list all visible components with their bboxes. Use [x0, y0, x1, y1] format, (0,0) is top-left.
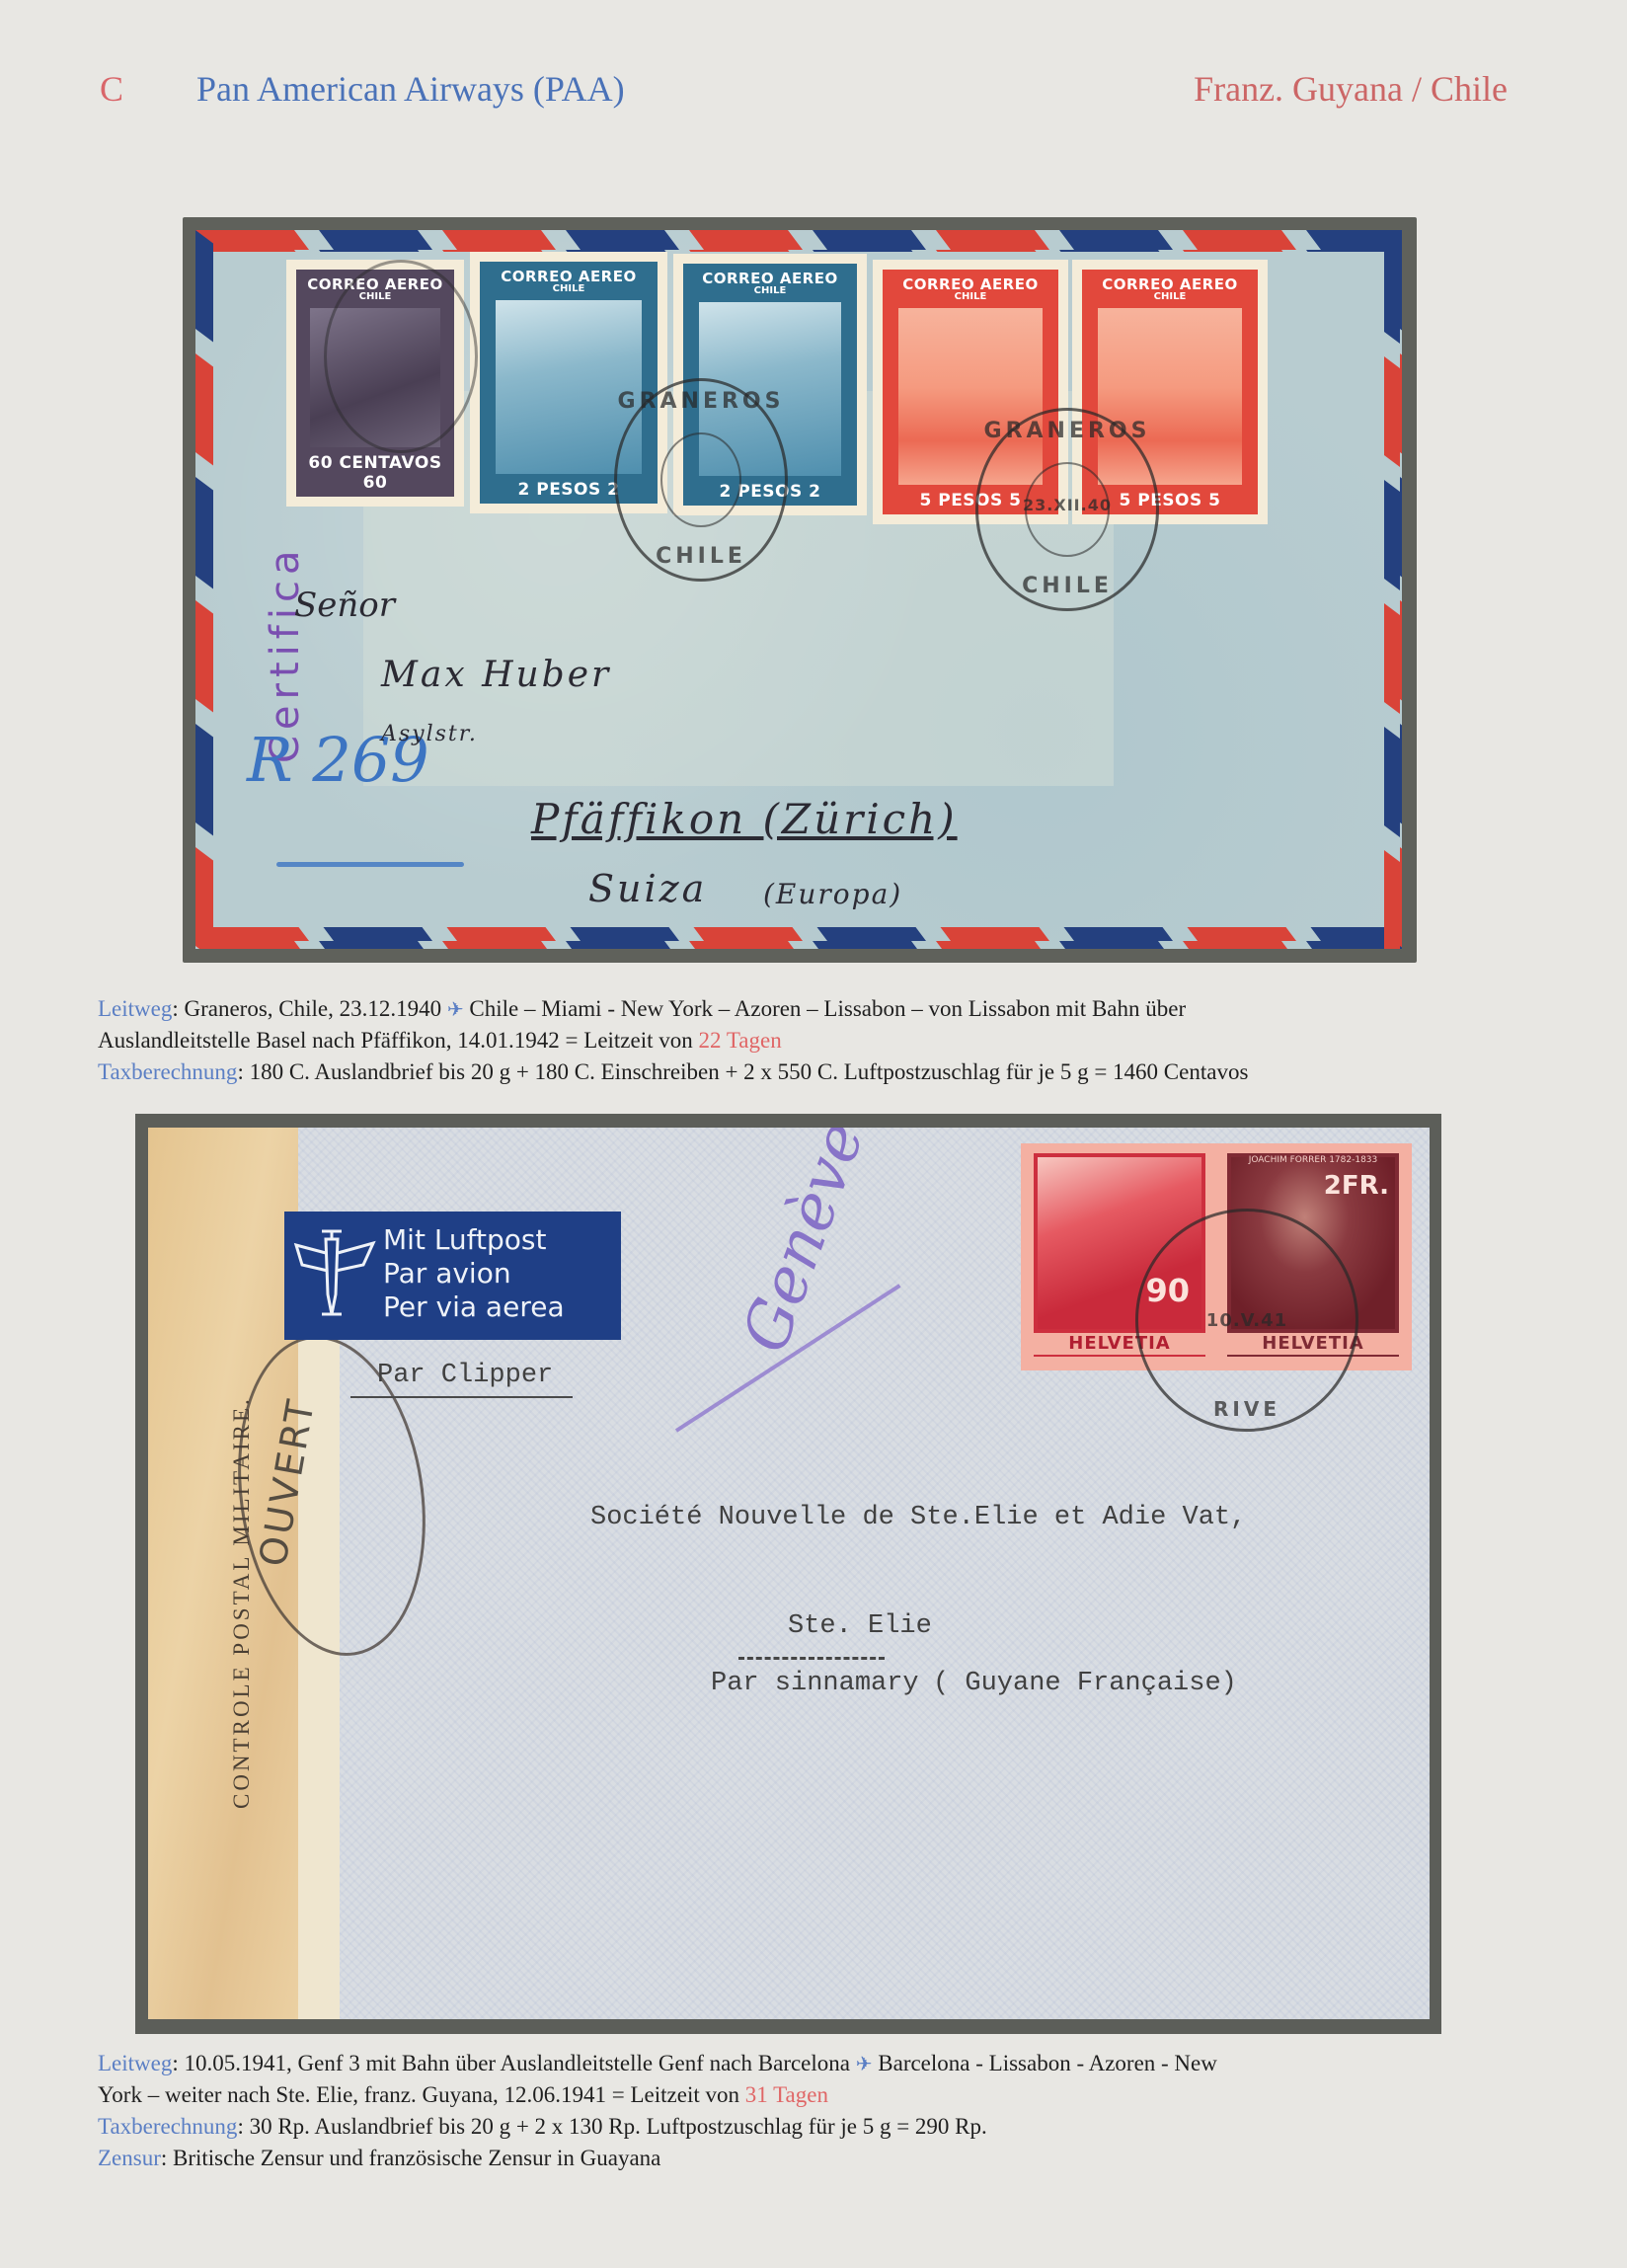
airplane-icon: ✈ — [447, 997, 464, 1021]
address-city: Pfäffikon (Zürich) — [531, 795, 958, 843]
tax-text: 180 C. Auslandbrief bis 20 g + 180 C. Ei… — [250, 1059, 1249, 1084]
caption-switzerland: Leitweg: 10.05.1941, Genf 3 mit Bahn übe… — [98, 2048, 1569, 2174]
censor-label: Zensur — [98, 2146, 161, 2170]
route-label: Leitweg — [98, 996, 172, 1021]
address-street: Asylstr. — [381, 722, 478, 746]
tax-label: Taxberechnung — [98, 1059, 237, 1084]
route-duration: 31 Tagen — [745, 2082, 828, 2107]
airmail-line-fr: Par avion — [383, 1257, 621, 1290]
section-letter: C — [100, 71, 123, 107]
postmark-geneve-rive: 10.V.41 RIVE — [1135, 1209, 1358, 1432]
address-salutation: Señor — [294, 586, 395, 625]
stamp-country: CHILE — [553, 283, 585, 294]
airmail-label: Mit Luftpost Par avion Per via aerea — [284, 1212, 621, 1340]
address-region: (Europa) — [763, 878, 902, 910]
stamp-portrait-name: JOACHIM FORRER 1782-1833 — [1227, 1155, 1399, 1165]
service-note: Par Clipper — [377, 1361, 553, 1390]
postmark-graneros: GRANEROS CHILE — [614, 378, 788, 582]
address-country: Suiza — [588, 867, 707, 910]
route-line: Leitweg: 10.05.1941, Genf 3 mit Bahn übe… — [98, 2048, 1569, 2079]
tax-text: 30 Rp. Auslandbrief bis 20 g + 2 x 130 R… — [250, 2114, 987, 2139]
route-origin: Graneros, Chile, 23.12.1940 — [185, 996, 442, 1021]
airplane-icon: ✈ — [856, 2052, 873, 2075]
address-line-4: ( Guyane Française) — [933, 1669, 1237, 1698]
censor-text: Britische Zensur und französische Zensur… — [173, 2146, 660, 2170]
route-duration: 22 Tagen — [699, 1028, 782, 1053]
registration-underline — [276, 862, 464, 867]
route-destination: Auslandleitstelle Basel nach Pfäffikon, … — [98, 1028, 693, 1053]
route-line-2: Auslandleitstelle Basel nach Pfäffikon, … — [98, 1025, 1569, 1056]
page-title: Pan American Airways (PAA) — [196, 71, 625, 107]
tax-line: Taxberechnung: 180 C. Auslandbrief bis 2… — [98, 1056, 1569, 1088]
stamp-country: CHILE — [955, 291, 987, 302]
address-line-2: Ste. Elie — [788, 1611, 932, 1641]
stamp-value: 2 PESOS 2 — [517, 480, 619, 500]
stamp-country: CHILE — [754, 285, 787, 296]
censor-line: Zensur: Britische Zensur und französisch… — [98, 2143, 1569, 2174]
tax-label: Taxberechnung — [98, 2114, 237, 2139]
route-path: Chile – Miami - New York – Azoren – Liss… — [469, 996, 1186, 1021]
route-line: Leitweg: Graneros, Chile, 23.12.1940 ✈ C… — [98, 993, 1569, 1025]
postmark-graneros-dated: GRANEROS 23.XII.40 CHILE — [975, 408, 1159, 611]
cover-chile: CORREO AEREO CHILE 60 CENTAVOS 60 CORREO… — [195, 230, 1402, 949]
censor-signature: Genève ! — [729, 1128, 894, 1362]
address-divider — [738, 1657, 885, 1660]
route-origin: 10.05.1941, Genf 3 mit Bahn über Ausland… — [185, 2051, 851, 2075]
service-note-underline — [350, 1396, 573, 1398]
airmail-line-it: Per via aerea — [383, 1290, 621, 1324]
stamp-value: 60 CENTAVOS 60 — [296, 453, 454, 493]
address-line-3: Par sinnamary — [711, 1669, 919, 1698]
stamp-country: CHILE — [1154, 291, 1187, 302]
route-path: Barcelona - Lissabon - Azoren - New — [878, 2051, 1217, 2075]
route-title: Franz. Guyana / Chile — [1194, 71, 1508, 107]
stamp-value: 2FR. — [1324, 1171, 1389, 1201]
address-line-1: Société Nouvelle de Ste.Elie et Adie Vat… — [590, 1503, 1246, 1532]
postmark-partial — [324, 260, 478, 453]
route-destination: York – weiter nach Ste. Elie, franz. Guy… — [98, 2082, 739, 2107]
airmail-line-de: Mit Luftpost — [383, 1223, 621, 1257]
airplane-icon — [292, 1225, 377, 1324]
route-label: Leitweg — [98, 2051, 172, 2075]
cover-switzerland: CONTROLE POSTAL MILITAIRE. OUVERT Mit Lu… — [148, 1128, 1430, 2019]
route-line-2: York – weiter nach Ste. Elie, franz. Guy… — [98, 2079, 1569, 2111]
tax-line: Taxberechnung: 30 Rp. Auslandbrief bis 2… — [98, 2111, 1569, 2143]
caption-chile: Leitweg: Graneros, Chile, 23.12.1940 ✈ C… — [98, 993, 1569, 1088]
address-name: Max Huber — [381, 655, 611, 695]
